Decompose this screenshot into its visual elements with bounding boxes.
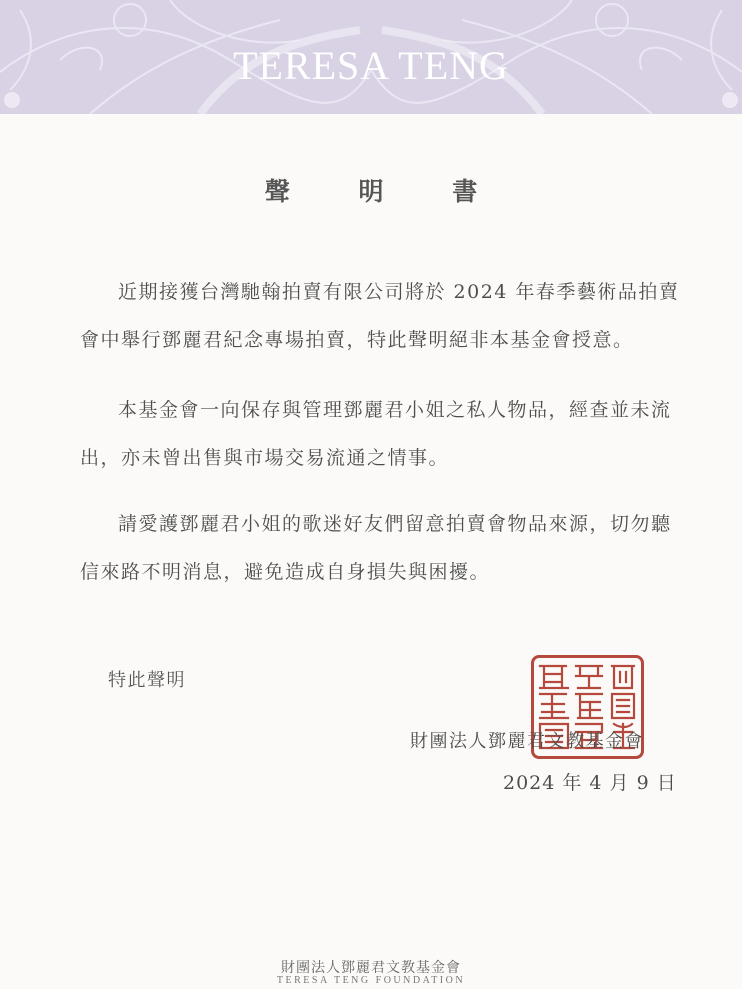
paragraph-line: 請愛護鄧麗君小姐的歌迷好友們留意拍賣會物品來源，切勿聽 — [80, 500, 660, 548]
footer-org-name-chinese: 財團法人鄧麗君文教基金會 — [0, 957, 742, 977]
footer-org-name-english: TERESA TENG FOUNDATION — [0, 975, 742, 986]
paragraph-auction-notice: 近期接獲台灣馳翰拍賣有限公司將於 2024 年春季藝術品拍賣 會中舉行鄧麗君紀念… — [80, 268, 660, 364]
closing-phrase: 特此聲明 — [108, 666, 186, 692]
paragraph-line: 會中舉行鄧麗君紀念專場拍賣，特此聲明絕非本基金會授意。 — [80, 316, 660, 364]
paragraph-line: 信來路不明消息，避免造成自身損失與困擾。 — [80, 548, 660, 596]
document-date: 2024 年 4 月 9 日 — [503, 768, 677, 795]
paragraph-line: 本基金會一向保存與管理鄧麗君小姐之私人物品，經查並未流 — [80, 386, 660, 434]
letterhead-banner: TERESA TENG — [0, 0, 742, 114]
paragraph-line: 出，亦未曾出售與市場交易流通之情事。 — [80, 434, 660, 482]
brand-title: TERESA TENG — [0, 42, 742, 89]
signatory-organization: 財團法人鄧麗君文教基金會 — [410, 727, 644, 753]
paragraph-line: 近期接獲台灣馳翰拍賣有限公司將於 2024 年春季藝術品拍賣 — [80, 268, 660, 316]
paragraph-custody-statement: 本基金會一向保存與管理鄧麗君小姐之私人物品，經查並未流 出，亦未曾出售與市場交易… — [80, 386, 660, 482]
paragraph-fan-advisory: 請愛護鄧麗君小姐的歌迷好友們留意拍賣會物品來源，切勿聽 信來路不明消息，避免造成… — [80, 500, 660, 596]
document-title: 聲 明 書 — [0, 172, 742, 208]
